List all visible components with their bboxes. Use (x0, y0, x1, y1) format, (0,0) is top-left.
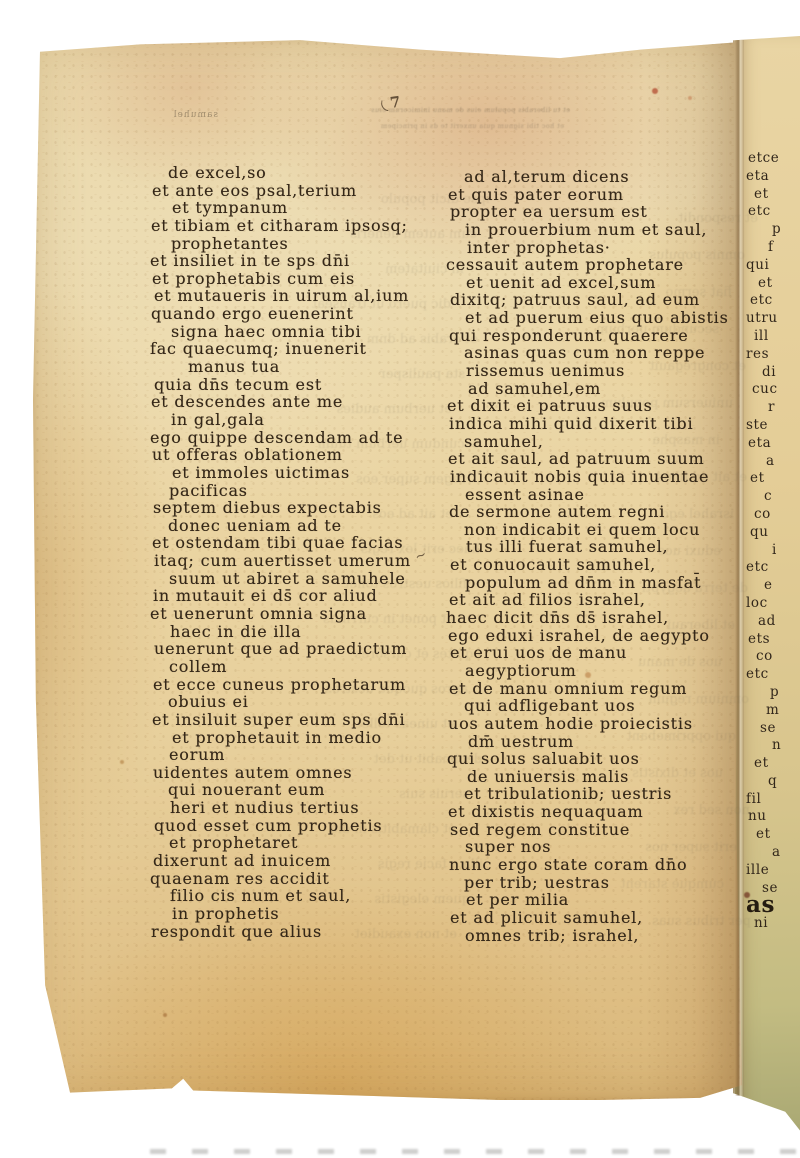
text-line: UENERUNT QUE AD PRAEDICTUM (150, 640, 480, 658)
stain-speck (688, 96, 692, 100)
text-line: ET DE MANU OMNIUM REGUM (446, 680, 756, 698)
text-line: QUI NOUERANT EUM (150, 781, 480, 799)
text-line: ET TIBIAM ET CITHARAM IPSOSQ; (150, 217, 480, 235)
text-line: ET TYMPANUM (150, 199, 480, 217)
text-line: ET TRIBULATIONIB; UESTRIS (446, 785, 756, 803)
text-line: NUNC ERGO STATE CORAM DN̄O (446, 856, 756, 874)
text-line: NON INDICABIT EI QUEM LOCU (446, 521, 756, 539)
text-column-left: DE EXCEL,SOET ANTE EOS PSAL,TERIUMET TYM… (150, 164, 480, 940)
text-line: QUI ADFLIGEBANT UOS (446, 697, 756, 715)
text-line: HERI ET NUDIUS TERTIUS (150, 799, 480, 817)
text-line: IN GAL,GALA (150, 411, 480, 429)
text-line: EGO EDUXI ISRAHEL, DE AEGYPTO (446, 627, 756, 645)
text-line: PER TRIB; UESTRAS (446, 874, 756, 892)
text-line: INDICAUIT NOBIS QUIA INUENTAE (446, 468, 756, 486)
text-line: IN PROPHETIS (150, 905, 480, 923)
text-line: OBUIUS EI (150, 693, 480, 711)
text-line: INDICA MIHI QUID DIXERIT TIBI (446, 415, 756, 433)
text-line: ET PROPHETAUIT IN MEDIO (150, 729, 480, 747)
samuel-running-title-offset: SAMUHEL (148, 110, 218, 120)
stain-speck (120, 760, 124, 764)
text-line: SUUM UT ABIRET A SAMUHELE (150, 570, 480, 588)
text-line: RISSEMUS UENIMUS (446, 362, 756, 380)
text-line: ET AD PUERUM EIUS QUO ABISTIS (446, 309, 756, 327)
text-line: SUPER NOS (446, 838, 756, 856)
text-line: PACIFICAS (150, 482, 480, 500)
text-line: QUANDO ERGO EUENERINT (150, 305, 480, 323)
text-line: ET ANTE EOS PSAL,TERIUM (150, 182, 480, 200)
text-line: DIXERUNT AD INUICEM (150, 852, 480, 870)
text-line: HAEC IN DIE ILLA (150, 623, 480, 641)
text-line: ET INSILIET IN TE SPS DN̄I (150, 252, 480, 270)
text-line: ET DESCENDES ANTE ME (150, 393, 480, 411)
stain-speck (585, 672, 591, 678)
text-line: ET ECCE CUNEUS PROPHETARUM (150, 676, 480, 694)
text-line: AD SAMUHEL,EM (446, 380, 756, 398)
text-line: RESPONDIT QUE ALIUS (150, 923, 480, 941)
ink-offset-line-1: ET TU LIBERABIS POPULUM EIUS DE MANU INI… (350, 106, 570, 114)
ink-offset-line-2: ET HOC TIBI SIGNUM QUIA UNXERIT TE DS IN… (336, 122, 564, 130)
manuscript-photo: { "meta": { "description": "Photograph o… (0, 0, 800, 1158)
text-line: ET CONUOCAUIT SAMUHEL, (446, 556, 756, 574)
text-line: QUI RESPONDERUNT QUAERERE (446, 327, 756, 345)
text-line: ET OSTENDAM TIBI QUAE FACIAS (150, 534, 480, 552)
text-line: HAEC DICIT DN̄S DS̄ ISRAHEL, (446, 609, 756, 627)
text-line: ET AIT AD FILIOS ISRAHEL, (446, 591, 756, 609)
text-line: PROPHETANTES (150, 235, 480, 253)
text-line: ET PER MILIA (446, 891, 756, 909)
text-line: ESSENT ASINAE (446, 486, 756, 504)
text-line: ET UENIT AD EXCEL,SUM (446, 274, 756, 292)
text-line: QUI SOLUS SALUABIT UOS (446, 750, 756, 768)
text-line: POPULUM AD DN̄M IN MASFAT̄ (446, 574, 756, 592)
text-line: ET DIXISTIS NEQUAQUAM (446, 803, 756, 821)
text-column-right: AD AL,TERUM DICENSET QUIS PATER EORUMPRO… (446, 168, 756, 944)
text-line: ET INSILUIT SUPER EUM SPS DN̄I (150, 711, 480, 729)
text-line: DM̄ UESTRUM (446, 733, 756, 751)
text-line: PROPTER EA UERSUM EST (446, 203, 756, 221)
text-line: ET IMMOLES UICTIMAS (150, 464, 480, 482)
text-line: TUS ILLI FUERAT SAMUHEL, (446, 538, 756, 556)
text-line: SAMUHEL, (446, 433, 756, 451)
text-line: MANUS TUA (150, 358, 480, 376)
text-line: ET AIT SAUL, AD PATRUUM SUUM (446, 450, 756, 468)
edge-fragment: ETCE (746, 150, 800, 168)
text-line: QUOD ESSET CUM PROPHETIS (150, 817, 480, 835)
text-line: SEPTEM DIEBUS EXPECTABIS (150, 499, 480, 517)
text-line: ASINAS QUAS CUM NON REPPE (446, 344, 756, 362)
text-line: ET DIXIT EI PATRUUS SUUS (446, 397, 756, 415)
text-line: ET PROPHETARET (150, 834, 480, 852)
text-line: SED REGEM CONSTITUE (446, 821, 756, 839)
text-line: ET ERUI UOS DE MANU (446, 644, 756, 662)
text-line: COLLEM (150, 658, 480, 676)
text-line: QUAENAM RES ACCIDIT (150, 870, 480, 888)
text-line: UOS AUTEM HODIE PROIECISTIS (446, 715, 756, 733)
text-line: DONEC UENIAM AD TE (150, 517, 480, 535)
text-line: ET AD PLICUIT SAMUHEL, (446, 909, 756, 927)
text-line: UIDENTES AUTEM OMNES (150, 764, 480, 782)
text-line: DE EXCEL,SO (150, 164, 480, 182)
text-line: ET MUTAUERIS IN UIRUM AL,IUM (150, 287, 480, 305)
text-line: CESSAUIT AUTEM PROPHETARE (446, 256, 756, 274)
text-line: INTER PROPHETAS· (446, 239, 756, 257)
text-line: QUIA DN̄S TECUM EST (150, 376, 480, 394)
text-line: ET QUIS PATER EORUM (446, 186, 756, 204)
text-line: DIXITQ; PATRUUS SAUL, AD EUM (446, 291, 756, 309)
text-line: EGO QUIPPE DESCENDAM AD TE (150, 429, 480, 447)
text-line: IN MUTAUIT EI DS̄ COR ALIUD (150, 587, 480, 605)
text-line: ET PROPHETABIS CUM EIS (150, 270, 480, 288)
text-line: FILIO CIS NUM ET SAUL, (150, 887, 480, 905)
stain-speck (652, 88, 658, 94)
text-line: AEGYPTIORUM (446, 662, 756, 680)
text-line: SIGNA HAEC OMNIA TIBI (150, 323, 480, 341)
text-line: ET UENERUNT OMNIA SIGNA (150, 605, 480, 623)
text-line: EORUM (150, 746, 480, 764)
stain-speck (744, 892, 750, 898)
text-line: ITAQ; CUM AUERTISSET UMERUM (150, 552, 480, 570)
text-line: UT OFFERAS OBLATIONEM (150, 446, 480, 464)
text-line: IN PROUERBIUM NUM ET SAUL, (446, 221, 756, 239)
text-line: DE UNIUERSIS MALIS (446, 768, 756, 786)
bottom-photo-dashes (150, 1149, 798, 1154)
text-line: FAC QUAECUMQ; INUENERIT (150, 340, 480, 358)
text-line: OMNES TRIB; ISRAHEL, (446, 927, 756, 945)
text-line: DE SERMONE AUTEM REGNI (446, 503, 756, 521)
stain-speck (163, 1013, 167, 1017)
text-line: AD AL,TERUM DICENS (446, 168, 756, 186)
